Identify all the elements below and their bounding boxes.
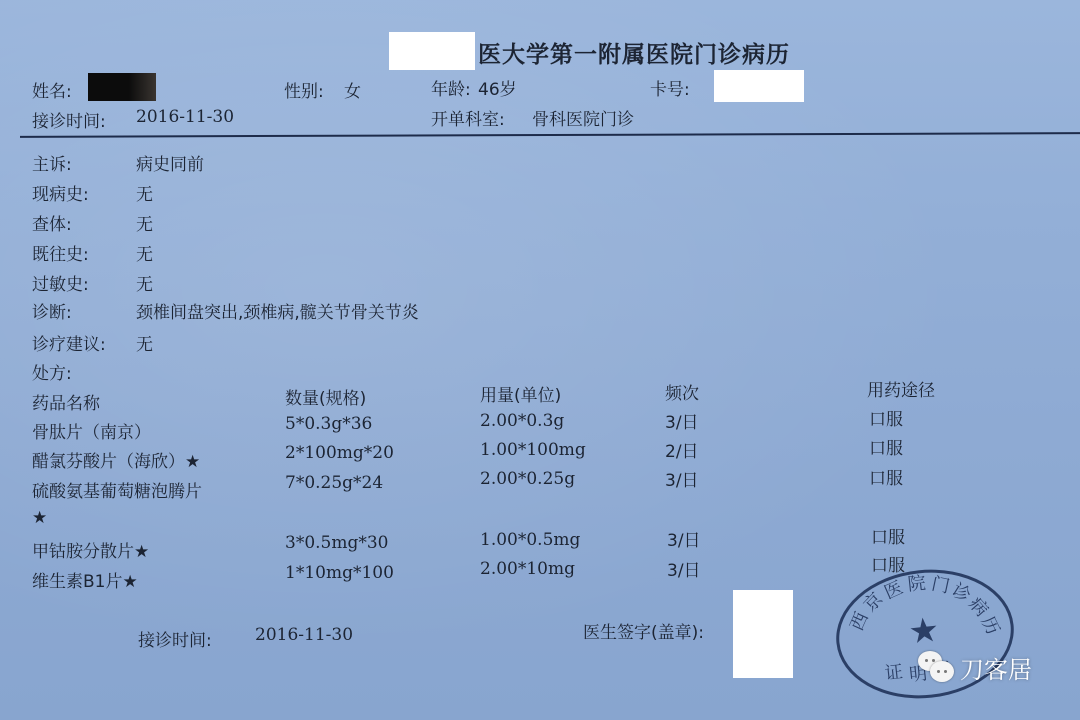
redacted-card-number (714, 70, 804, 102)
wechat-icon (918, 651, 956, 685)
column-header-frequency: 频次 (665, 379, 699, 404)
column-header-quantity: 数量(规格) (285, 384, 366, 409)
drug-dose: 2.00*0.3g (480, 411, 564, 431)
record-value: 病史同前 (136, 150, 204, 175)
record-value: 无 (136, 330, 153, 355)
drug-dose: 2.00*0.25g (480, 469, 575, 489)
record-value: 无 (136, 180, 153, 205)
age-label: 年龄: (431, 75, 471, 100)
drug-name: 维生素B1片★ (32, 567, 138, 592)
redacted-signature (733, 590, 793, 678)
hospital-stamp: 西 京 医 院 门 诊 病 历 ★ 证 明 章 (830, 561, 1020, 707)
drug-frequency: 3/日 (665, 466, 699, 491)
signature-label: 医生签字(盖章): (583, 618, 704, 643)
drug-route: 口服 (869, 405, 903, 430)
record-label: 主诉: (32, 150, 72, 175)
redacted-hospital-name (389, 32, 475, 70)
card-label: 卡号: (650, 75, 690, 100)
drug-dose: 1.00*100mg (480, 440, 586, 460)
column-header-dose: 用量(单位) (480, 381, 561, 406)
record-value: 无 (136, 270, 153, 295)
drug-quantity: 5*0.3g*36 (285, 414, 372, 434)
visit-time-value: 2016-11-30 (136, 107, 234, 127)
drug-frequency: 2/日 (665, 437, 699, 462)
drug-frequency: 3/日 (667, 526, 701, 551)
star-icon: ★ (907, 610, 941, 653)
drug-route: 口服 (869, 434, 903, 459)
footer-visit-time-value: 2016-11-30 (255, 625, 353, 645)
drug-quantity: 3*0.5mg*30 (285, 533, 389, 553)
gender-label: 性别: (284, 77, 324, 102)
drug-quantity: 7*0.25g*24 (285, 473, 383, 493)
drug-name: 骨肽片（南京） (32, 418, 151, 443)
record-label: 诊断: (32, 298, 72, 323)
drug-frequency: 3/日 (665, 408, 699, 433)
drug-name-continued: ★ (32, 508, 47, 528)
drug-route: 口服 (871, 551, 905, 576)
record-value: 无 (136, 240, 153, 265)
record-label: 诊疗建议: (32, 330, 106, 355)
prescription-label: 处方: (32, 359, 72, 384)
department-label: 开单科室: (431, 105, 505, 130)
age-value: 46岁 (478, 75, 517, 100)
record-label: 过敏史: (32, 270, 89, 295)
drug-dose: 1.00*0.5mg (480, 530, 580, 550)
drug-route: 口服 (869, 464, 903, 489)
header-divider (20, 132, 1080, 138)
watermark: 刀客居 (918, 650, 1032, 685)
record-label: 现病史: (32, 180, 89, 205)
department-value: 骨科医院门诊 (532, 105, 634, 130)
drug-name: 硫酸氨基葡萄糖泡腾片 (32, 477, 202, 502)
drug-quantity: 2*100mg*20 (285, 443, 394, 463)
drug-name: 醋氯芬酸片（海欣）★ (32, 447, 200, 472)
footer-visit-time-label: 接诊时间: (138, 626, 212, 651)
visit-time-label: 接诊时间: (32, 107, 106, 132)
drug-frequency: 3/日 (667, 556, 701, 581)
drug-route: 口服 (871, 523, 905, 548)
column-header-route: 用药途径 (867, 376, 935, 401)
diagnosis-value: 颈椎间盘突出,颈椎病,髋关节骨关节炎 (136, 298, 419, 323)
page-title: 医大学第一附属医院门诊病历 (478, 36, 790, 69)
name-label: 姓名: (32, 77, 72, 102)
column-header-drug: 药品名称 (32, 389, 100, 414)
drug-dose: 2.00*10mg (480, 559, 575, 579)
record-label: 既往史: (32, 240, 89, 265)
redacted-patient-name (88, 73, 156, 101)
record-label: 查体: (32, 210, 72, 235)
drug-name: 甲钴胺分散片★ (32, 537, 149, 562)
gender-value: 女 (344, 77, 361, 102)
drug-quantity: 1*10mg*100 (285, 563, 394, 583)
record-value: 无 (136, 210, 153, 235)
watermark-text: 刀客居 (960, 650, 1032, 685)
